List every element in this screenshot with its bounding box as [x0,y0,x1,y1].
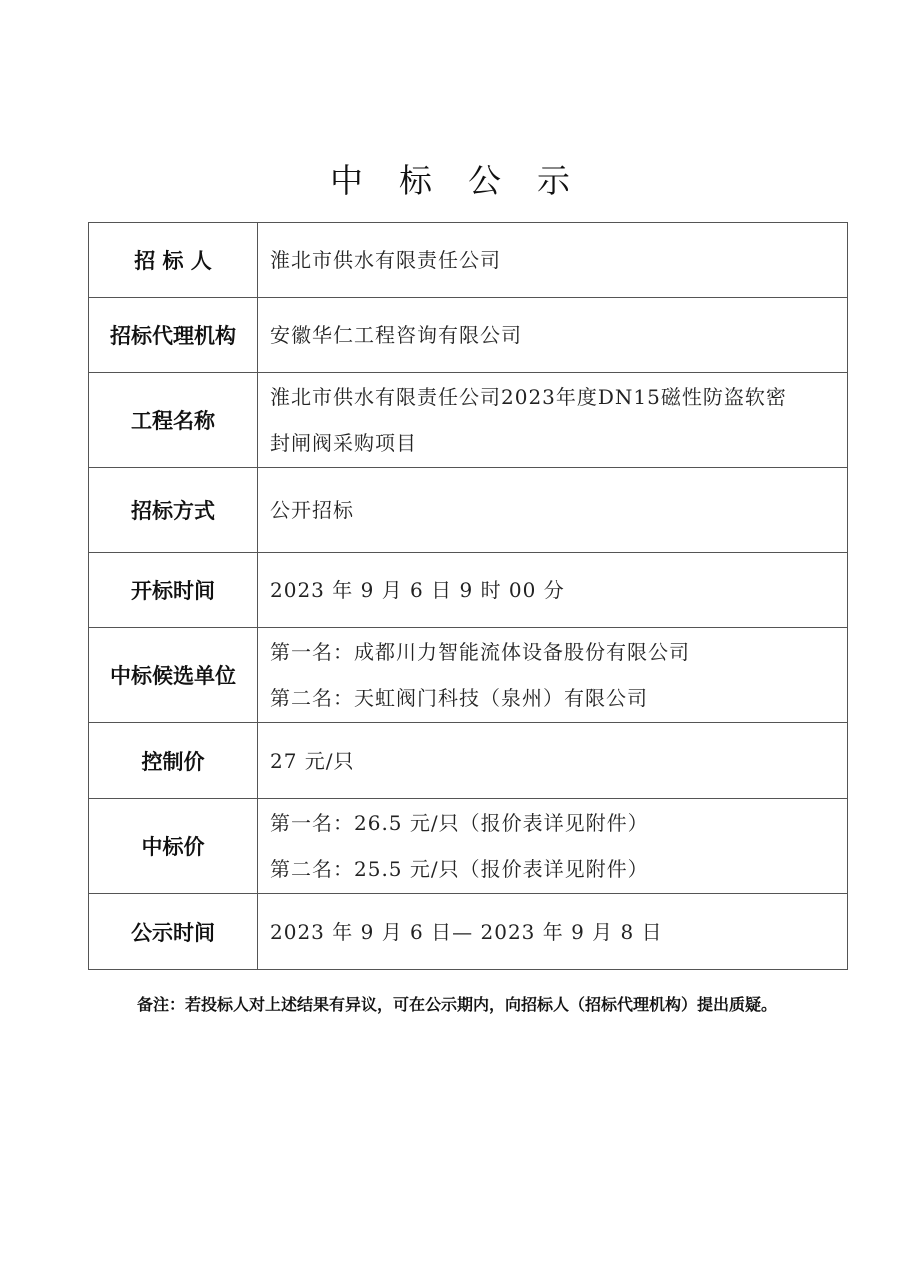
table-row: 开标时间 2023 年 9 月 6 日 9 时 00 分 [89,553,848,628]
row-label: 招标方式 [89,468,258,553]
value-line: 2023 年 9 月 6 日 9 时 00 分 [270,567,847,613]
value-line: 淮北市供水有限责任公司 [270,237,847,283]
row-value: 第一名：成都川力智能流体设备股份有限公司 第二名：天虹阀门科技（泉州）有限公司 [258,628,848,723]
row-value: 安徽华仁工程咨询有限公司 [258,298,848,373]
row-label: 招标代理机构 [89,298,258,373]
row-label: 中标价 [89,799,258,894]
table-row: 中标价 第一名：26.5 元/只（报价表详见附件） 第二名：25.5 元/只（报… [89,799,848,894]
row-value: 2023 年 9 月 6 日 9 时 00 分 [258,553,848,628]
table-row: 工程名称 淮北市供水有限责任公司2023年度DN15磁性防盗软密 封闸阀采购项目 [89,373,848,468]
row-label: 中标候选单位 [89,628,258,723]
table-row: 招标方式 公开招标 [89,468,848,553]
table-row: 控制价 27 元/只 [89,723,848,799]
row-label: 招 标 人 [89,223,258,298]
value-line: 第二名：天虹阀门科技（泉州）有限公司 [270,675,847,721]
value-line: 第一名：成都川力智能流体设备股份有限公司 [270,629,847,675]
table-row: 招标代理机构 安徽华仁工程咨询有限公司 [89,298,848,373]
row-label: 控制价 [89,723,258,799]
row-value: 公开招标 [258,468,848,553]
row-value: 27 元/只 [258,723,848,799]
value-line: 第二名：25.5 元/只（报价表详见附件） [270,846,847,892]
row-label: 开标时间 [89,553,258,628]
value-line: 27 元/只 [270,738,847,784]
value-line: 第一名：26.5 元/只（报价表详见附件） [270,800,847,846]
table-row: 中标候选单位 第一名：成都川力智能流体设备股份有限公司 第二名：天虹阀门科技（泉… [89,628,848,723]
row-value: 2023 年 9 月 6 日— 2023 年 9 月 8 日 [258,894,848,970]
value-line: 淮北市供水有限责任公司2023年度DN15磁性防盗软密 [270,374,847,420]
value-line: 安徽华仁工程咨询有限公司 [270,312,847,358]
value-line: 封闸阀采购项目 [270,420,847,466]
row-label: 工程名称 [89,373,258,468]
award-notice-table: 招 标 人 淮北市供水有限责任公司 招标代理机构 安徽华仁工程咨询有限公司 工程… [88,222,848,970]
row-label: 公示时间 [89,894,258,970]
row-value: 第一名：26.5 元/只（报价表详见附件） 第二名：25.5 元/只（报价表详见… [258,799,848,894]
value-line: 公开招标 [270,487,847,533]
remark-note: 备注：若投标人对上述结果有异议，可在公示期内，向招标人（招标代理机构）提出质疑。 [137,982,797,1028]
table-row: 招 标 人 淮北市供水有限责任公司 [89,223,848,298]
page-title: 中标公示 [0,155,900,202]
table-row: 公示时间 2023 年 9 月 6 日— 2023 年 9 月 8 日 [89,894,848,970]
value-line: 2023 年 9 月 6 日— 2023 年 9 月 8 日 [270,909,847,955]
row-value: 淮北市供水有限责任公司2023年度DN15磁性防盗软密 封闸阀采购项目 [258,373,848,468]
row-value: 淮北市供水有限责任公司 [258,223,848,298]
